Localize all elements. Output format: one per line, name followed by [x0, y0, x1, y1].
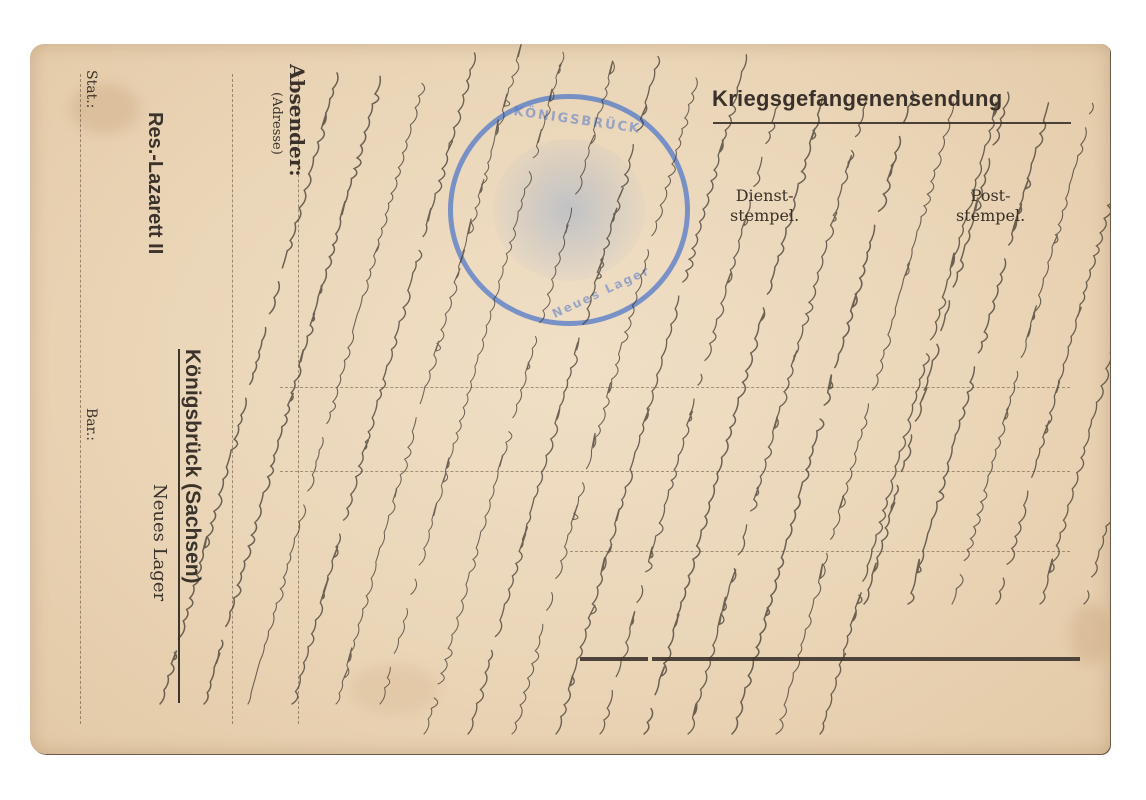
- handwritten-message: [30, 44, 1110, 754]
- postcard: Stat.: Bar.: Res.-Lazarett II Königsbrüc…: [30, 44, 1110, 754]
